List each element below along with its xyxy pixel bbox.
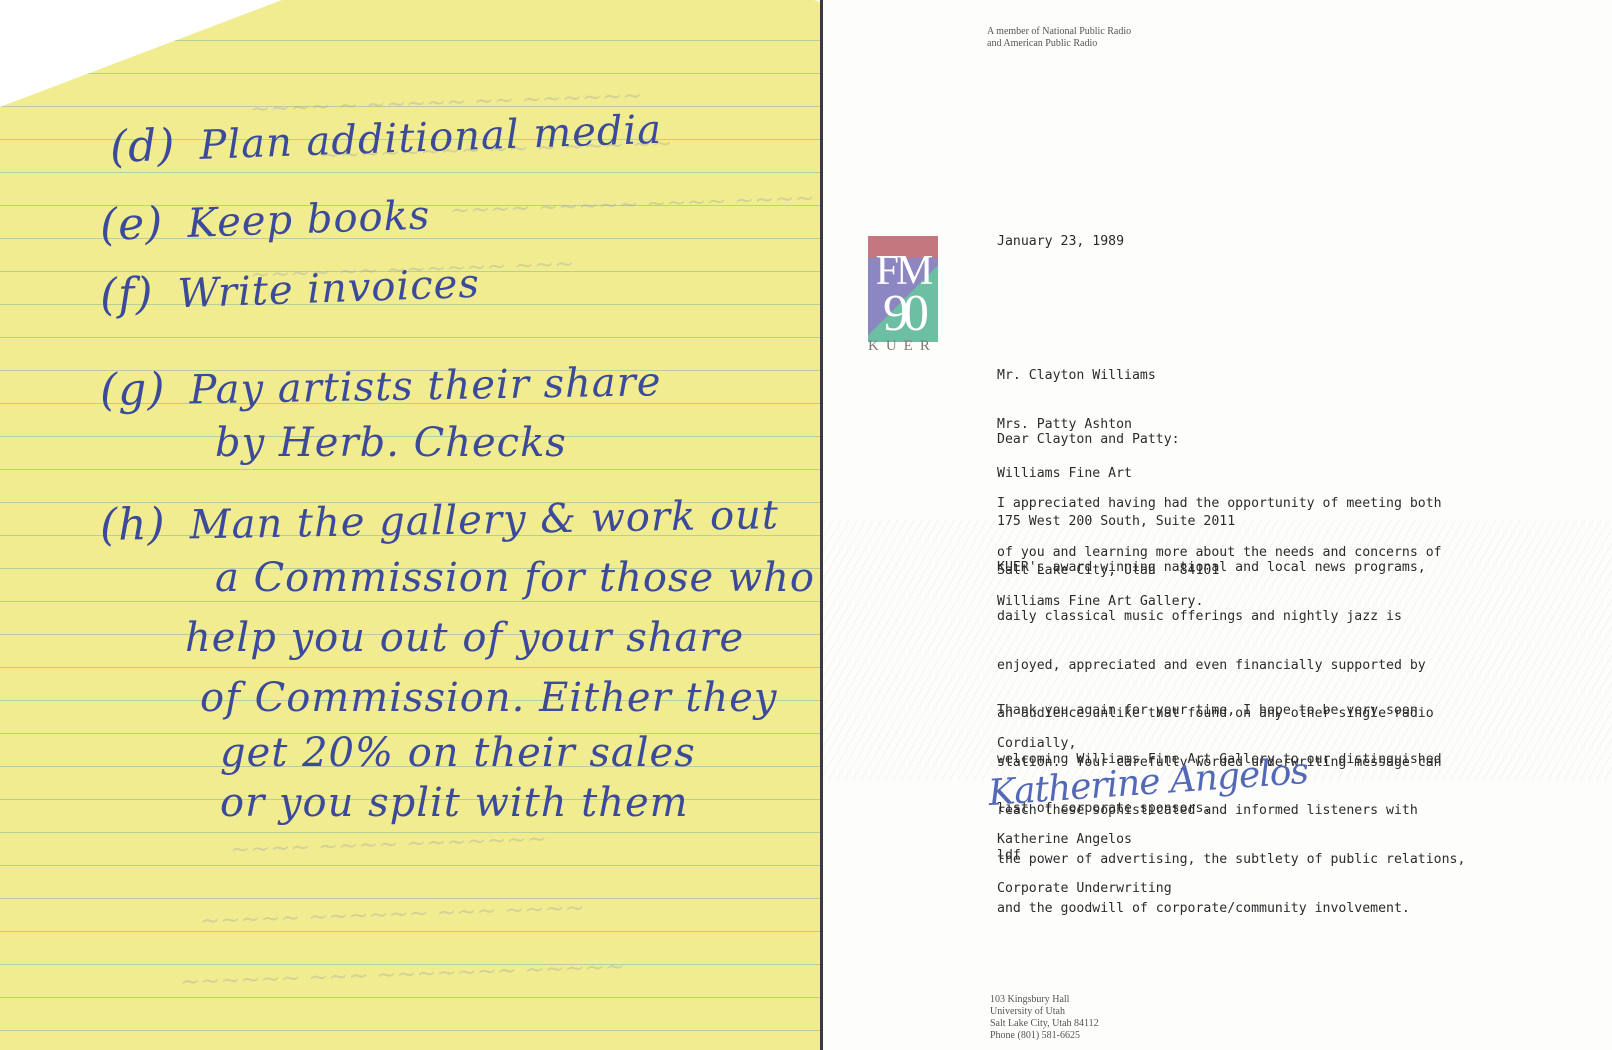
signer-name: Katherine Angelos bbox=[997, 832, 1172, 848]
closing: Cordially, bbox=[997, 736, 1076, 752]
station-callsign: KUER bbox=[868, 338, 942, 355]
note-line: Write invoices bbox=[177, 261, 481, 318]
note-line: Man the gallery & work out bbox=[189, 492, 779, 548]
body-line: Thank you again for your time, I hope to… bbox=[997, 703, 1442, 719]
kuer-letter-page: A member of National Public Radio and Am… bbox=[823, 0, 1612, 1050]
body-line: I appreciated having had the opportunity… bbox=[997, 496, 1442, 512]
item-marker: (h) bbox=[100, 499, 167, 551]
typist-initials: ldf bbox=[997, 848, 1021, 864]
note-line: a Commission for those who bbox=[215, 555, 815, 601]
note-line: Keep books bbox=[187, 192, 431, 246]
note-line: help you out of your share bbox=[185, 615, 744, 661]
note-line: of Commission. Either they bbox=[200, 675, 778, 721]
signer-title: Corporate Underwriting bbox=[997, 881, 1172, 897]
salutation: Dear Clayton and Patty: bbox=[997, 432, 1180, 448]
note-line: or you split with them bbox=[220, 780, 689, 826]
handwritten-note-page: ~~~~ ~ ~~~~~ ~~ ~~~~~~ ~~~~~~~~ ~~ ~ ~~~… bbox=[0, 0, 823, 1050]
address-line: Mr. Clayton Williams bbox=[997, 368, 1235, 384]
affiliation-line: A member of National Public Radio bbox=[987, 26, 1131, 38]
address-line: Mrs. Patty Ashton bbox=[997, 417, 1235, 433]
fm90-logo: FM 90 bbox=[868, 236, 938, 342]
affiliation-note: A member of National Public Radio and Am… bbox=[987, 26, 1131, 50]
letter-date: January 23, 1989 bbox=[997, 234, 1124, 250]
note-item-g: (g)Pay artists their share bbox=[100, 355, 662, 416]
letterhead-footer: 103 Kingsbury Hall University of Utah Sa… bbox=[990, 994, 1099, 1042]
footer-line: University of Utah bbox=[990, 1006, 1099, 1018]
logo-90-text: 90 bbox=[868, 288, 938, 340]
item-marker: (g) bbox=[100, 364, 166, 416]
note-line: get 20% on their sales bbox=[220, 730, 696, 776]
note-line: Pay artists their share bbox=[189, 359, 662, 413]
item-marker: (d) bbox=[109, 120, 176, 173]
affiliation-line: and American Public Radio bbox=[987, 38, 1131, 50]
note-line: by Herb. Checks bbox=[215, 420, 567, 466]
footer-line: 103 Kingsbury Hall bbox=[990, 994, 1099, 1006]
footer-line: Salt Lake City, Utah 84112 bbox=[990, 1018, 1099, 1030]
signature-block: Katherine Angelos Corporate Underwriting bbox=[997, 800, 1172, 930]
item-marker: (e) bbox=[99, 198, 164, 251]
item-marker: (f) bbox=[99, 268, 154, 321]
footer-line: Phone (801) 581-6625 bbox=[990, 1030, 1099, 1042]
body-line: daily classical music offerings and nigh… bbox=[997, 609, 1465, 625]
body-line: KUER's award winning national and local … bbox=[997, 560, 1465, 576]
